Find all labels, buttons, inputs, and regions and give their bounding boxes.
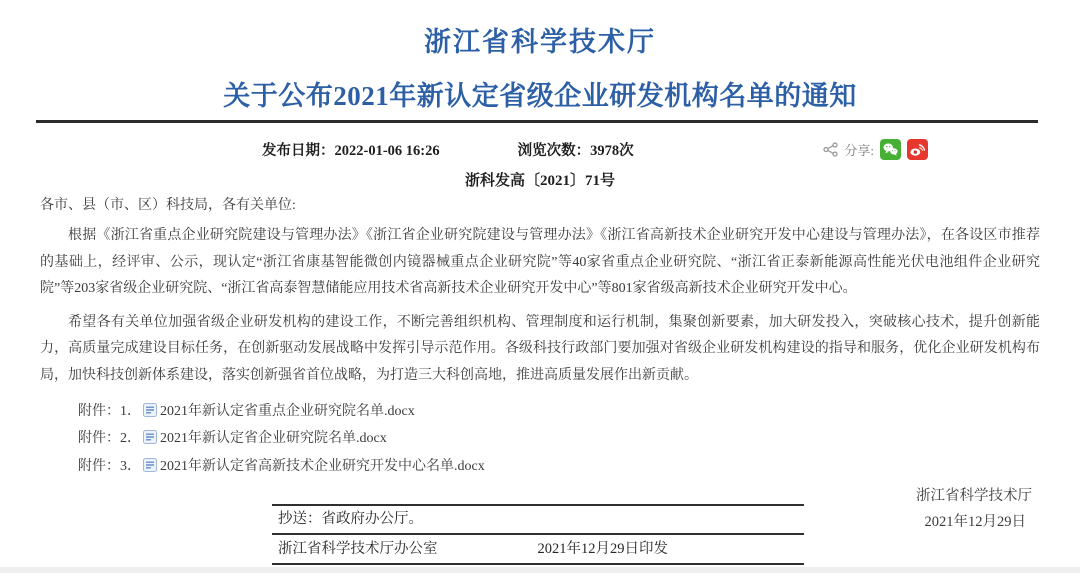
cc-row: 抄送：省政府办公厅。 <box>272 506 804 535</box>
paragraph-1: 根据《浙江省重点企业研究院建设与管理办法》《浙江省企业研究院建设与管理办法》《浙… <box>40 223 1040 303</box>
word-doc-icon <box>143 428 157 454</box>
notice-page: 浙江省科学技术厅 关于公布2021年新认定省级企业研发机构名单的通知 发布日期：… <box>0 0 1080 573</box>
publish-date-value: 2022-01-06 16:26 <box>335 143 440 159</box>
attachment-label: 附件：1． <box>78 404 141 419</box>
attachment-link-2[interactable]: 2021年新认定省企业研究院名单.docx <box>141 431 387 446</box>
salutation: 各市、县（市、区）科技局，各有关单位: <box>40 193 1040 218</box>
issuing-office: 浙江省科学技术厅办公室 <box>278 535 438 563</box>
attachment-filename: 2021年新认定省重点企业研究院名单.docx <box>160 404 415 419</box>
paragraph-2: 希望各有关单位加强省级企业研发机构的建设工作，不断完善组织机构、管理制度和运行机… <box>40 310 1040 390</box>
attachment-row: 附件：2．2021年新认定省企业研究院名单.docx <box>40 426 1040 454</box>
attachment-link-1[interactable]: 2021年新认定省重点企业研究院名单.docx <box>141 404 415 419</box>
publish-date: 发布日期：2022-01-06 16:26 <box>262 139 440 160</box>
page-bottom-strip <box>0 567 1080 573</box>
view-count-value: 3978次 <box>590 143 634 159</box>
view-count: 浏览次数：3978次 <box>518 139 634 160</box>
notice-title: 关于公布2021年新认定省级企业研发机构名单的通知 <box>0 82 1080 112</box>
weibo-icon[interactable] <box>907 139 928 160</box>
meta-row: 发布日期：2022-01-06 16:26 浏览次数：3978次 分享: <box>40 139 1040 160</box>
share-label: 分享: <box>844 140 874 159</box>
attachment-label: 附件：3． <box>78 459 141 474</box>
wechat-icon[interactable] <box>880 139 901 160</box>
attachment-filename: 2021年新认定省高新技术企业研究开发中心名单.docx <box>160 459 485 474</box>
attachment-list: 附件：1．2021年新认定省重点企业研究院名单.docx 附件：2．2021年新… <box>40 399 1040 482</box>
attachment-filename: 2021年新认定省企业研究院名单.docx <box>160 431 387 446</box>
page-title: 浙江省科学技术厅 <box>0 28 1080 58</box>
print-date: 2021年12月29日印发 <box>538 535 669 563</box>
issuer-row: 浙江省科学技术厅办公室 2021年12月29日印发 <box>272 535 804 563</box>
publish-date-label: 发布日期： <box>262 143 335 159</box>
word-doc-icon <box>143 456 157 482</box>
notice-body: 各市、县（市、区）科技局，各有关单位: 根据《浙江省重点企业研究院建设与管理办法… <box>40 193 1040 536</box>
attachment-row: 附件：3．2021年新认定省高新技术企业研究开发中心名单.docx <box>40 454 1040 482</box>
attachment-label: 附件：2． <box>78 431 141 446</box>
footer-table: 抄送：省政府办公厅。 浙江省科学技术厅办公室 2021年12月29日印发 <box>272 504 804 565</box>
share-group: 分享: <box>823 139 928 160</box>
share-network-icon <box>823 142 838 157</box>
document-number: 浙科发高〔2021〕71号 <box>0 169 1080 190</box>
attachment-row: 附件：1．2021年新认定省重点企业研究院名单.docx <box>40 399 1040 427</box>
view-count-label: 浏览次数： <box>518 143 591 159</box>
word-doc-icon <box>143 401 157 427</box>
attachment-link-3[interactable]: 2021年新认定省高新技术企业研究开发中心名单.docx <box>141 459 485 474</box>
title-divider <box>36 120 1038 123</box>
